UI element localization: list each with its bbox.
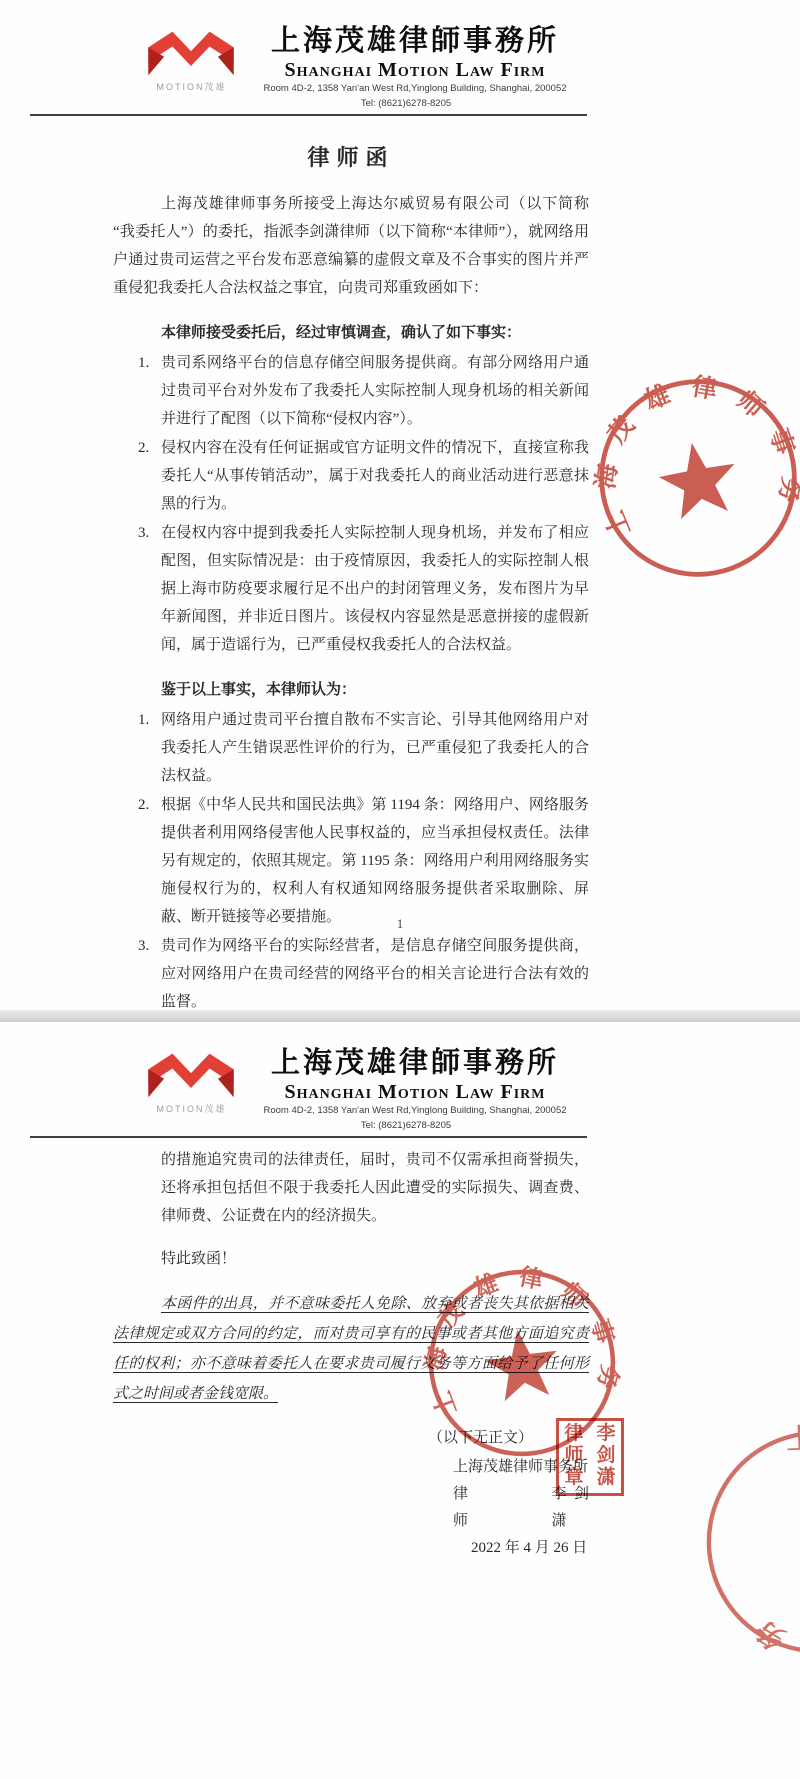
letter-body-page2: 的措施追究贵司的法律责任，届时，贵司不仅需承担商誉损失，还将承担包括但不限于我委…	[113, 1146, 589, 1562]
list-item-number: 3.	[138, 932, 161, 1010]
firm-round-seal-icon: 上海茂雄律师事务所	[575, 355, 800, 601]
logo-wordmark: MOTION茂雄	[135, 1102, 247, 1115]
seal-star-icon	[654, 436, 742, 521]
continuation-paragraph: 的措施追究贵司的法律责任，届时，贵司不仅需承担商誉损失，还将承担包括但不限于我委…	[161, 1146, 589, 1230]
firm-telephone: Tel: (8621)6278-8205	[113, 98, 589, 109]
opinion-heading: 鉴于以上事实，本律师认为：	[161, 676, 589, 704]
firm-name-en: Shanghai Motion Law Firm	[263, 1081, 566, 1103]
letter-page-2: MOTION茂雄 上海茂雄律師事務所 Shanghai Motion Law F…	[0, 1022, 800, 1779]
letterhead-rule	[30, 1136, 587, 1138]
facts-heading: 本律师接受委托后，经过审慎调查，确认了如下事实：	[161, 319, 589, 347]
list-item-text: 网络用户通过贵司平台擅自散布不实言论、引导其他网络用户对我委托人产生错误恶性评价…	[161, 706, 589, 790]
svg-text:上海茂雄律师事务所: 上海茂雄律师事务所	[575, 355, 800, 562]
letterhead: MOTION茂雄 上海茂雄律師事務所 Shanghai Motion Law F…	[113, 1022, 589, 1138]
stamp-col-left: 律师章	[562, 1423, 586, 1491]
letter-body-page1: 律师函 上海茂雄律师事务所接受上海达尔威贸易有限公司（以下简称 “我委托人”）的…	[113, 144, 589, 1010]
firm-telephone: Tel: (8621)6278-8205	[113, 1120, 589, 1131]
list-item: 1. 贵司系网络平台的信息存储空间服务提供商。有部分网络用户通过贵司平台对外发布…	[113, 349, 589, 433]
letterhead-rule	[30, 114, 587, 116]
list-item-number: 1.	[138, 706, 161, 790]
signature-lawyer-label: 律 师	[453, 1481, 526, 1535]
list-item-number: 1.	[138, 349, 161, 433]
list-item-text: 贵司作为网络平台的实际经营者，是信息存储空间服务提供商，应对网络用户在贵司经营的…	[161, 932, 589, 1010]
firm-name-en: Shanghai Motion Law Firm	[263, 59, 566, 81]
firm-address: Room 4D-2, 1358 Yan'an West Rd,Yinglong …	[263, 1105, 566, 1116]
letterhead: MOTION茂雄 上海茂雄律師事務所 Shanghai Motion Law F…	[113, 0, 589, 116]
facts-list: 1. 贵司系网络平台的信息存储空间服务提供商。有部分网络用户通过贵司平台对外发布…	[113, 349, 589, 659]
firm-address: Room 4D-2, 1358 Yan'an West Rd,Yinglong …	[263, 83, 566, 94]
list-item-text: 在侵权内容中提到我委托人实际控制人现身机场，并发布了相应配图，但实际情况是：由于…	[161, 519, 589, 659]
firm-title-block: 上海茂雄律師事務所 Shanghai Motion Law Firm Room …	[263, 26, 566, 94]
firm-logo: MOTION茂雄	[135, 27, 247, 93]
page-number: 1	[0, 916, 800, 932]
list-item: 2. 侵权内容在没有任何证据或官方证明文件的情况下，直接宣称我委托人“从事传销活…	[113, 434, 589, 518]
firm-round-seal-partial-icon: 上海茂雄律师事务所	[679, 1403, 800, 1681]
list-item-text: 贵司系网络平台的信息存储空间服务提供商。有部分网络用户通过贵司平台对外发布了我委…	[161, 349, 589, 433]
list-item-text: 侵权内容在没有任何证据或官方证明文件的情况下，直接宣称我委托人“从事传销活动”，…	[161, 434, 589, 518]
opinion-list: 1. 网络用户通过贵司平台擅自散布不实言论、引导其他网络用户对我委托人产生错误恶…	[113, 706, 589, 1010]
motion-m-logo-icon	[135, 27, 247, 79]
seal-ring-text: 上海茂雄律师事务所	[728, 1403, 800, 1681]
list-item-number: 3.	[138, 519, 161, 659]
seal-ring-text: 上海茂雄律师事务所	[575, 355, 800, 562]
firm-logo: MOTION茂雄	[135, 1049, 247, 1115]
list-item: 3. 贵司作为网络平台的实际经营者，是信息存储空间服务提供商，应对网络用户在贵司…	[113, 932, 589, 1010]
list-item-number: 2.	[138, 434, 161, 518]
firm-name-cn: 上海茂雄律師事務所	[263, 1048, 566, 1080]
motion-m-logo-icon	[135, 1049, 247, 1101]
page-divider	[0, 1010, 800, 1022]
letter-title: 律师函	[113, 144, 589, 172]
lawyer-name-stamp: 李剑潇 律师章	[556, 1418, 624, 1496]
logo-wordmark: MOTION茂雄	[135, 80, 247, 93]
list-item: 3. 在侵权内容中提到我委托人实际控制人现身机场，并发布了相应配图，但实际情况是…	[113, 519, 589, 659]
closing-line: 特此致函！	[161, 1245, 589, 1273]
firm-name-cn: 上海茂雄律師事務所	[263, 26, 566, 58]
svg-text:上海茂雄律师事务所: 上海茂雄律师事务所	[728, 1403, 800, 1681]
signature-date: 2022 年 4 月 26 日	[471, 1535, 589, 1562]
disclaimer-paragraph: 本函件的出具，并不意味委托人免除、放弃或者丧失其依据相关法律规定或双方合同的约定…	[113, 1289, 589, 1409]
stamp-col-right: 李剑潇	[594, 1423, 618, 1491]
letter-page-1: MOTION茂雄 上海茂雄律師事務所 Shanghai Motion Law F…	[0, 0, 800, 1010]
intro-paragraph: 上海茂雄律师事务所接受上海达尔威贸易有限公司（以下简称 “我委托人”）的委托，指…	[113, 190, 589, 302]
list-item: 1. 网络用户通过贵司平台擅自散布不实言论、引导其他网络用户对我委托人产生错误恶…	[113, 706, 589, 790]
list-item: 2. 根据《中华人民共和国民法典》第 1194 条：网络用户、网络服务提供者利用…	[113, 791, 589, 931]
list-item-number: 2.	[138, 791, 161, 931]
list-item-text: 根据《中华人民共和国民法典》第 1194 条：网络用户、网络服务提供者利用网络侵…	[161, 791, 589, 931]
firm-title-block: 上海茂雄律師事務所 Shanghai Motion Law Firm Room …	[263, 1048, 566, 1116]
